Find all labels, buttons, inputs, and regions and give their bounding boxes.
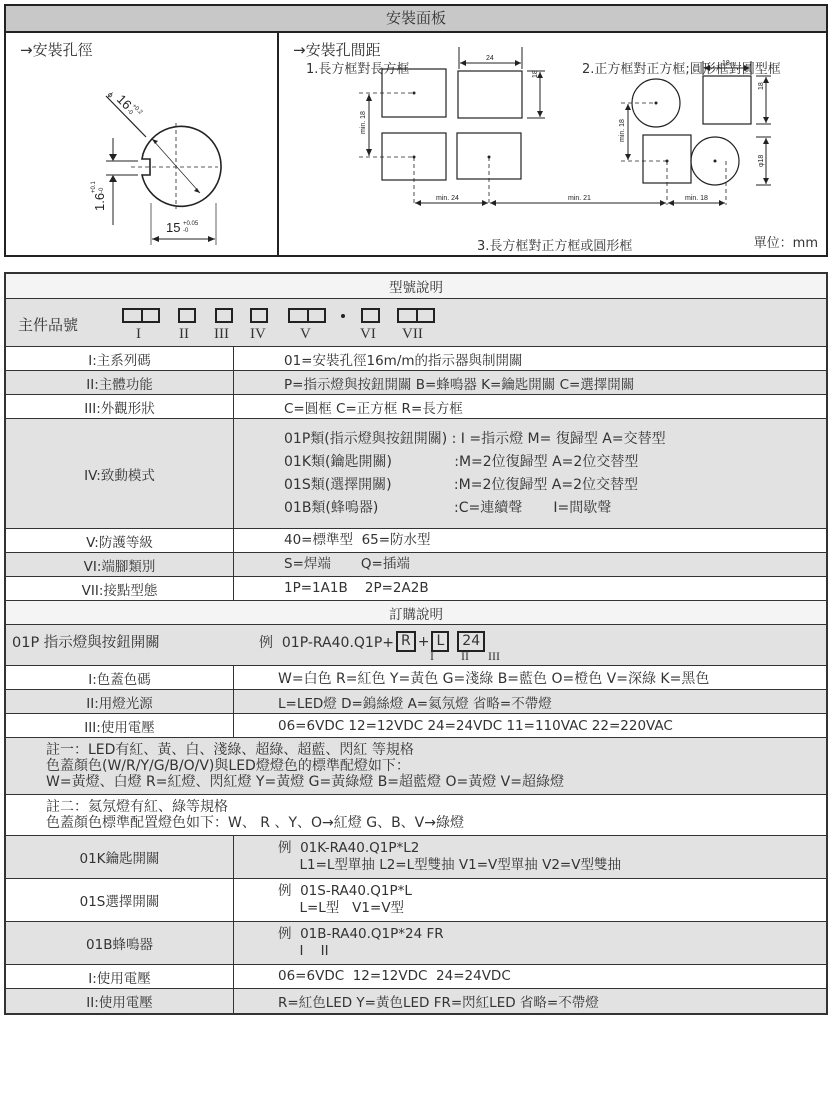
order-b-led-row: II:使用電壓 R=紅色LED Y=黃色LED FR=閃紅LED 省略=不帶燈 [6,989,826,1013]
model-row-series: I:主系列碼 01=安裝孔徑16m/m的指示器與制開關 [6,347,826,371]
svg-text:min. 21: min. 21 [568,195,591,202]
svg-text:-0: -0 [99,187,105,193]
note-line: 註一：LED有紅、黃、白、淺綠、超綠、超藍、閃紅 等規格 [46,742,564,758]
row-label: VII:接點型態 [6,577,234,600]
model-row-contact: VII:接點型態 1P=1A1B 2P=2A2B [6,577,826,601]
slot-box-II [178,308,196,323]
slot-box-III [215,308,233,323]
mounting-panel-section: 安裝面板 →安裝孔徑 ϕ 16 +0.2 -0 [4,4,828,257]
slot-box-IV [250,308,268,323]
svg-text:18: 18 [722,60,730,67]
slot-box-VII [397,308,435,323]
spacing-mixed-label: 3.長方框對正方框或圓形框 [477,235,632,254]
example-line: L=L型 V1=V型 [278,900,826,917]
part-number-diagram: 主件品號 I II III IV V VI VII [6,299,826,347]
note-line: 色蓋顏色(W/R/Y/G/B/O/V)與LED燈燈色的標準配燈如下： [46,758,564,774]
model-row-function: II:主體功能 P=指示燈與按鈕開關 B=蜂鳴器 K=鑰匙開關 C=選擇開關 [6,371,826,395]
order-p-color-row: I:色蓋色碼 W=白色 R=紅色 Y=黃色 G=淺綠 B=藍色 O=橙色 V=深… [6,666,826,690]
slot-box-I [122,308,160,323]
row-value: W=白色 R=紅色 Y=黃色 G=淺綠 B=藍色 O=橙色 V=深綠 K=黑色 [278,668,826,688]
order-01p-example: 例 01P-RA40.Q1P+ R + L 24 [259,631,487,652]
dim-24: 24 [486,55,494,62]
roman-VI: VI [360,326,376,343]
row-label: VI:端腳類別 [6,553,234,576]
svg-text:min. 18: min. 18 [619,119,626,142]
row-value: 1P=1A1B 2P=2A2B [284,577,826,600]
note-line: 註二：氦氖燈有紅、綠等規格 [46,799,464,815]
svg-text:min. 24: min. 24 [436,195,459,202]
example-line: I II [278,943,826,960]
order-section-title: 訂購說明 [389,603,443,623]
example-line: 例 01K-RA40.Q1P*L2 [278,840,826,857]
order-01p-label: 01P 指示燈與按鈕開關 [12,631,160,652]
row-value: 06=6VDC 12=12VDC 24=24VDC [278,965,826,988]
row-value-line: 01K類(鑰匙開關) :M=2位復歸型 A=2位交替型 [284,451,826,474]
row-value-line: 01S類(選擇開關) :M=2位復歸型 A=2位交替型 [284,474,826,497]
order-p-light-row: II:用燈光源 L=LED燈 D=鎢絲燈 A=氦氖燈 省略=不帶燈 [6,690,826,714]
row-value-line: 01P類(指示燈與按鈕開關) : I =指示燈 M= 復歸型 A=交替型 [284,428,826,451]
roman-VII: VII [402,326,423,343]
order-roman-II: II [461,649,469,664]
mounting-panel-title: 安裝面板 [6,6,826,33]
note-1: 註一：LED有紅、黃、白、淺綠、超綠、超藍、閃紅 等規格 色蓋顏色(W/R/Y/… [6,738,826,795]
row-label: II:主體功能 [6,371,234,394]
svg-text:min. 18: min. 18 [360,111,367,134]
svg-text:ϕ: ϕ [106,90,116,100]
order-01s-row: 01S選擇開關 例 01S-RA40.Q1P*L L=L型 V1=V型 [6,879,826,922]
note-line: W=黃燈、白燈 R=紅燈、閃紅燈 Y=黃燈 G=黃綠燈 B=超藍燈 O=黃燈 V… [46,774,564,790]
order-roman-III: III [488,649,500,664]
order-01p-row: 01P 指示燈與按鈕開關 例 01P-RA40.Q1P+ R + L 24 I … [6,625,826,666]
row-value: 40=標準型 65=防水型 [284,529,826,552]
example-line: 例 01B-RA40.Q1P*24 FR [278,926,826,943]
key-width-label: 1.6 [92,193,107,211]
row-label: I:主系列碼 [6,347,234,370]
order-section-header: 訂購說明 [6,601,826,625]
roman-III: III [214,326,229,343]
part-number-label: 主件品號 [18,314,78,335]
hole-diameter-panel: →安裝孔徑 ϕ 16 +0.2 -0 [6,33,279,255]
order-01k-row: 01K鑰匙開關 例 01K-RA40.Q1P*L2 L1=L型單抽 L2=L型雙… [6,836,826,879]
svg-text:min. 18: min. 18 [685,195,708,202]
row-label: II:使用電壓 [6,989,234,1013]
slot-box-V [288,308,326,323]
row-label: III:外觀形狀 [6,395,234,418]
row-value: P=指示燈與按鈕開關 B=蜂鳴器 K=鑰匙開關 C=選擇開關 [284,373,826,393]
model-section-title: 型號說明 [389,276,443,296]
row-value-line: 01B類(蜂鳴器) :C=連續聲 I=間歇聲 [284,497,826,520]
order-01b-row: 01B蜂鳴器 例 01B-RA40.Q1P*24 FR I II [6,922,826,965]
model-row-protection: V:防護等級 40=標準型 65=防水型 [6,529,826,553]
example-line: L1=L型單抽 L2=L型雙抽 V1=V型單抽 V2=V型雙抽 [278,857,826,874]
row-value: C=圓框 C=正方框 R=長方框 [284,397,826,417]
row-label: 01S選擇開關 [6,879,234,921]
svg-text:φ18: φ18 [758,155,765,167]
model-row-terminal: VI:端腳類別 S=焊端 Q=插端 [6,553,826,577]
roman-V: V [300,326,311,343]
example-line: 例 01S-RA40.Q1P*L [278,883,826,900]
row-value: 01=安裝孔徑16m/m的指示器與制開關 [284,349,826,369]
row-label: 01K鑰匙開關 [6,836,234,878]
svg-text:-0: -0 [183,228,189,234]
model-section-header: 型號說明 [6,274,826,299]
separator-dot [341,314,345,318]
model-row-actuation: IV:致動模式 01P類(指示燈與按鈕開關) : I =指示燈 M= 復歸型 A… [6,419,826,529]
note-line: 色蓋顏色標準配置燈色如下：W、 R 、Y、O→紅燈 G、B、V→綠燈 [46,815,464,831]
svg-text:18: 18 [758,82,765,90]
roman-IV: IV [250,326,266,343]
row-value: L=LED燈 D=鎢絲燈 A=氦氖燈 省略=不帶燈 [278,692,826,712]
model-order-table: 型號說明 主件品號 I II III IV V VI VII I:主系列碼 01… [4,272,828,1015]
row-label: I:使用電壓 [6,965,234,988]
row-label: I:色蓋色碼 [6,666,234,689]
order-roman-I: I [430,649,434,664]
row-value: S=焊端 Q=插端 [284,553,826,576]
row-label: III:使用電壓 [6,714,234,737]
row-value: 06=6VDC 12=12VDC 24=24VDC 11=110VAC 22=2… [278,718,826,734]
hole-diameter-drawing: ϕ 16 +0.2 -0 1.6 [6,33,279,253]
svg-text:+0.1: +0.1 [91,180,97,193]
hole-spacing-drawing: 24 18 min. 18 min. 24 min. 21 min. 18 mi… [281,33,830,233]
roman-II: II [179,326,189,343]
svg-text:18: 18 [532,70,539,78]
unit-label: 單位：mm [754,232,818,251]
example-box-light: L [431,631,449,652]
row-label: IV:致動模式 [6,419,234,528]
slot-box-VI [361,308,380,323]
row-label: 01B蜂鳴器 [6,922,234,964]
order-b-voltage-row: I:使用電壓 06=6VDC 12=12VDC 24=24VDC [6,965,826,989]
svg-text:+0.05: +0.05 [183,221,199,227]
row-label: II:用燈光源 [6,690,234,713]
note-2: 註二：氦氖燈有紅、綠等規格 色蓋顏色標準配置燈色如下：W、 R 、Y、O→紅燈 … [6,795,826,836]
order-p-voltage-row: III:使用電壓 06=6VDC 12=12VDC 24=24VDC 11=11… [6,714,826,738]
roman-I: I [136,326,141,343]
example-box-color: R [396,631,416,652]
example-prefix: 例 01P-RA40.Q1P+ [259,632,394,652]
row-value: R=紅色LED Y=黃色LED FR=閃紅LED 省略=不帶燈 [278,991,826,1011]
model-row-shape: III:外觀形狀 C=圓框 C=正方框 R=長方框 [6,395,826,419]
width-label: 15 [166,220,180,235]
hole-spacing-panel: →安裝孔間距 1.長方框對長方框 2.正方框對正方框;圓形框對圓型框 3.長方框… [281,33,826,255]
row-label: V:防護等級 [6,529,234,552]
example-plus: + [418,634,430,650]
